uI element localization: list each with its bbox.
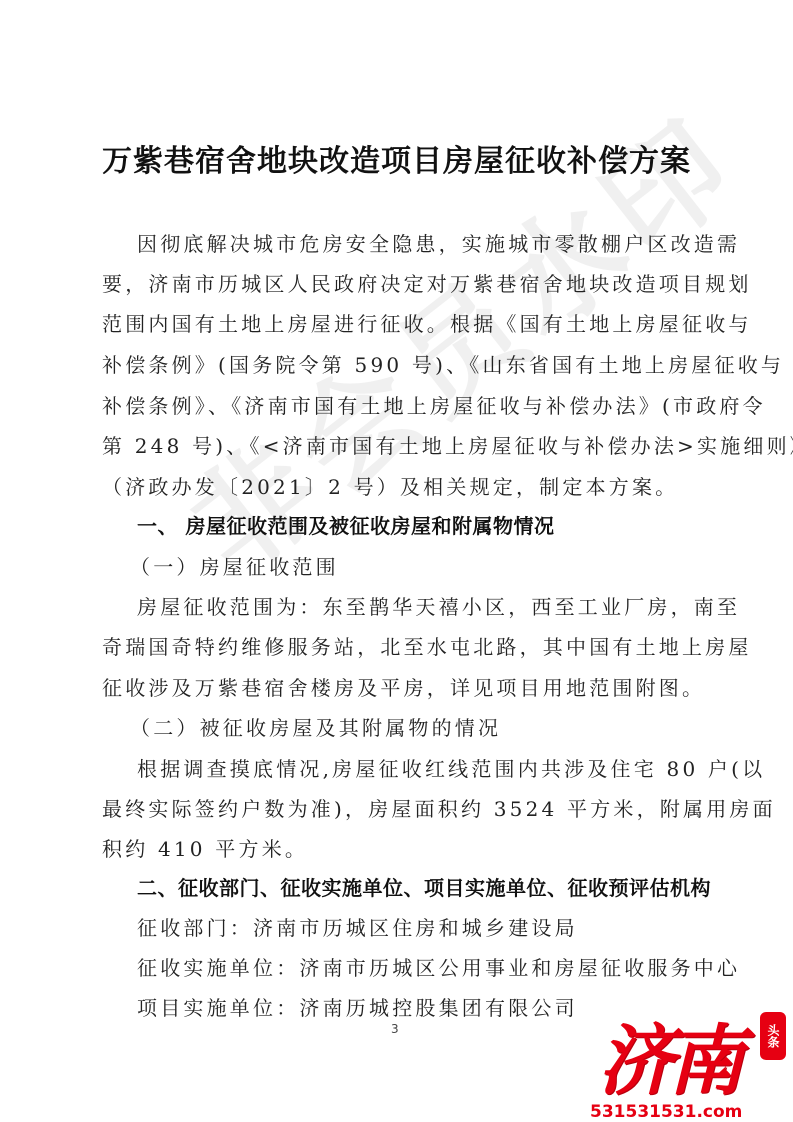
paragraph-line: 要，济南市历城区人民政府决定对万紫巷宿舍地块改造项目规划: [102, 270, 702, 298]
page-number: 3: [391, 1022, 399, 1036]
paragraph-line: 第 248 号)、《<济南市国有土地上房屋征收与补偿办法>实施细则》: [102, 432, 702, 460]
paragraph-line: 征收实施单位：济南市历城区公用事业和房屋征收服务中心: [137, 954, 737, 982]
paragraph-line: 根据调查摸底情况,房屋征收红线范围内共涉及住宅 80 户(以: [137, 755, 737, 783]
paragraph-line: 范围内国有土地上房屋进行征收。根据《国有土地上房屋征收与: [102, 310, 702, 338]
paragraph-line: 奇瑞国奇特约维修服务站，北至水屯北路，其中国有土地上房屋: [102, 633, 702, 661]
document-title: 万紫巷宿舍地块改造项目房屋征收补偿方案: [0, 136, 793, 180]
paragraph-line: 征收部门：济南市历城区住房和城乡建设局: [137, 914, 737, 942]
logo-badge: 头条: [760, 1012, 786, 1060]
paragraph-line: 最终实际签约户数为准)，房屋面积约 3524 平方米，附属用房面: [102, 795, 702, 823]
subsection-heading-2: （二）被征收房屋及其附属物的情况: [130, 714, 730, 742]
document-page: 非会员水印 万紫巷宿舍地块改造项目房屋征收补偿方案 因彻底解决城市危房安全隐患，…: [0, 0, 793, 1122]
paragraph-line: 补偿条例》、《济南市国有土地上房屋征收与补偿办法》(市政府令: [102, 392, 702, 420]
jinan-toutiao-logo: 济南 头条 531531531.com: [590, 1000, 790, 1120]
paragraph-line: 补偿条例》(国务院令第 590 号)、《山东省国有土地上房屋征收与: [102, 351, 702, 379]
logo-main-text: 济南: [598, 1000, 738, 1109]
paragraph-line: 积约 410 平方米。: [102, 835, 702, 863]
subsection-heading-1: （一）房屋征收范围: [130, 553, 730, 581]
paragraph-line: 房屋征收范围为：东至鹊华天禧小区，西至工业厂房，南至: [137, 593, 737, 621]
paragraph-line: 因彻底解决城市危房安全隐患，实施城市零散棚户区改造需: [137, 230, 737, 258]
section-heading-1: 一、 房屋征收范围及被征收房屋和附属物情况: [137, 512, 737, 540]
logo-url: 531531531.com: [590, 1102, 742, 1122]
paragraph-line: （济政办发〔2021〕2 号）及相关规定，制定本方案。: [102, 473, 702, 501]
section-heading-2: 二、征收部门、征收实施单位、项目实施单位、征收预评估机构: [137, 874, 737, 902]
paragraph-line: 征收涉及万紫巷宿舍楼房及平房，详见项目用地范围附图。: [102, 674, 702, 702]
